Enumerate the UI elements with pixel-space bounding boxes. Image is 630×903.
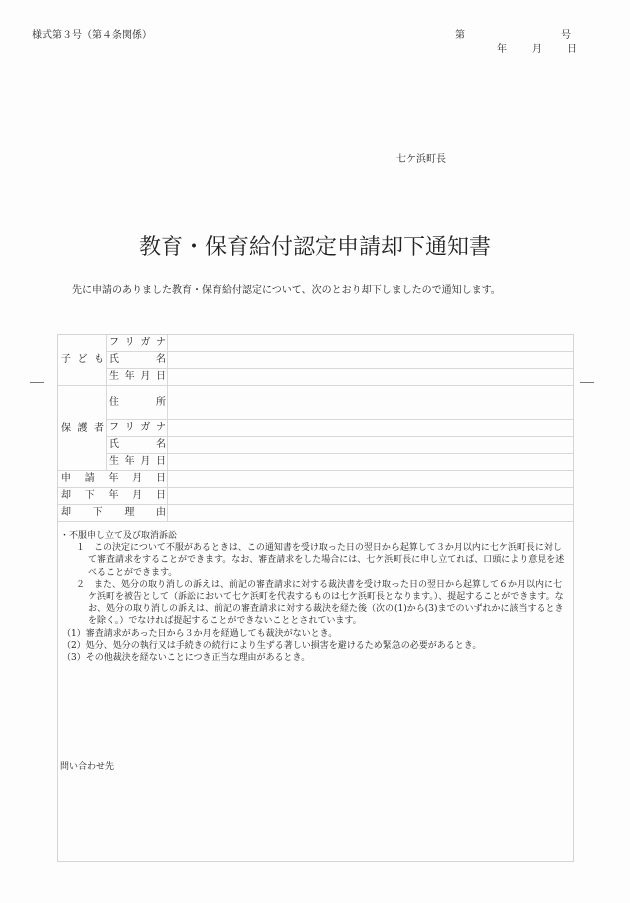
date-day: 日 [567,44,577,56]
child-furigana-label: フ リ ガ ナ [109,337,166,349]
label-char: 保 [61,423,71,435]
doc-number-prefix: 第 [455,30,465,42]
rejection-date-label: 却 下 年 月 日 [61,490,166,502]
application-date-field[interactable] [168,471,573,487]
label-char: 年 [125,371,135,383]
label-char: 年 [125,456,135,468]
label-char: 子 [61,354,71,366]
label-char: 住 [109,397,119,409]
label-char: 申 [61,473,71,485]
notes-condition-1: （1）審査請求があった日から３か月を経過しても裁決がないとき。 [62,628,570,640]
label-char: 月 [132,490,142,502]
application-date-label: 申 請 年 月 日 [61,473,166,485]
guardian-birthdate-field[interactable] [168,454,573,470]
rejection-reason-label: 却 下 理 由 [61,507,166,519]
issuer: 七ケ浜町長 [396,154,446,166]
label-char: 日 [156,371,166,383]
child-name-label: 氏 名 [109,354,166,366]
guardian-address-field[interactable] [168,386,573,419]
label-char: 所 [156,397,166,409]
notes-item-2: ２ また、処分の取り消しの訴えは、前記の審査請求に対する裁決書を受け取った日の翌… [76,579,570,628]
label-char: 生 [109,371,119,383]
rejection-reason-field[interactable] [168,505,573,521]
notes-item-1: １ この決定について不服があるときは、この通知書を受け取った日の翌日から起算して… [76,542,570,579]
label-char: も [94,354,104,366]
guardian-name-field[interactable] [168,437,573,453]
fold-mark-right [580,382,594,383]
label-char: フ [109,337,119,349]
appeal-notes: ・不服申し立て及び取消訴訟 １ この決定について不服があるときは、この通知書を受… [60,530,570,664]
form-number: 様式第３号（第４条関係） [32,30,152,42]
label-char: 請 [85,473,95,485]
label-char: 氏 [109,439,119,451]
contact-label: 問い合わせ先 [60,761,114,773]
page-title: 教育・保育給付認定申請却下通知書 [0,234,630,262]
label-char: 者 [94,423,104,435]
guardian-furigana-label: フ リ ガ ナ [109,422,166,434]
fold-mark-left [30,382,44,383]
label-char: 護 [78,423,88,435]
guardian-name-label: 氏 名 [109,439,166,451]
label-char: ガ [140,422,150,434]
date-month: 月 [532,44,542,56]
label-char: リ [125,337,135,349]
label-char: 日 [156,473,166,485]
label-char: リ [125,422,135,434]
label-char: ガ [140,337,150,349]
label-char: ナ [156,337,166,349]
doc-number-suffix: 号 [561,30,571,42]
child-birthdate-label: 生 年 月 日 [109,371,166,383]
label-char: 名 [156,354,166,366]
child-group-label: 子 ど も [61,354,104,366]
label-char: 月 [132,473,142,485]
notes-condition-2: （2）処分、処分の執行又は手続きの続行により生ずる著しい損害を避けるため緊急の必… [62,640,570,652]
label-char: ナ [156,422,166,434]
issue-date: 年 月 日 [497,44,577,56]
notes-condition-3: （3）その他裁決を経ないことにつき正当な理由があるとき。 [62,652,570,664]
label-char: フ [109,422,119,434]
label-char: 名 [156,439,166,451]
label-char: 氏 [109,354,119,366]
label-char: 年 [109,473,119,485]
label-char: 由 [156,507,166,519]
label-char: 月 [140,456,150,468]
guardian-group-label: 保 護 者 [61,423,104,435]
intro-text: 先に申請のありました教育・保育給付認定について、次のとおり却下しましたので通知し… [72,285,501,297]
label-char: 下 [85,490,95,502]
label-char: 下 [93,507,103,519]
guardian-address-label: 住 所 [109,397,166,409]
label-char: 年 [109,490,119,502]
label-char: 理 [124,507,134,519]
label-char: ど [78,354,88,366]
child-name-field[interactable] [168,352,573,368]
label-char: 月 [140,371,150,383]
label-char: 却 [61,507,71,519]
label-char: 日 [156,456,166,468]
notes-heading: ・不服申し立て及び取消訴訟 [60,530,570,542]
rejection-date-field[interactable] [168,488,573,504]
date-year: 年 [497,44,507,56]
guardian-furigana-field[interactable] [168,420,573,436]
label-char: 日 [156,490,166,502]
label-char: 生 [109,456,119,468]
label-char: 却 [61,490,71,502]
guardian-birthdate-label: 生 年 月 日 [109,456,166,468]
child-birthdate-field[interactable] [168,369,573,385]
child-furigana-field[interactable] [168,335,573,351]
